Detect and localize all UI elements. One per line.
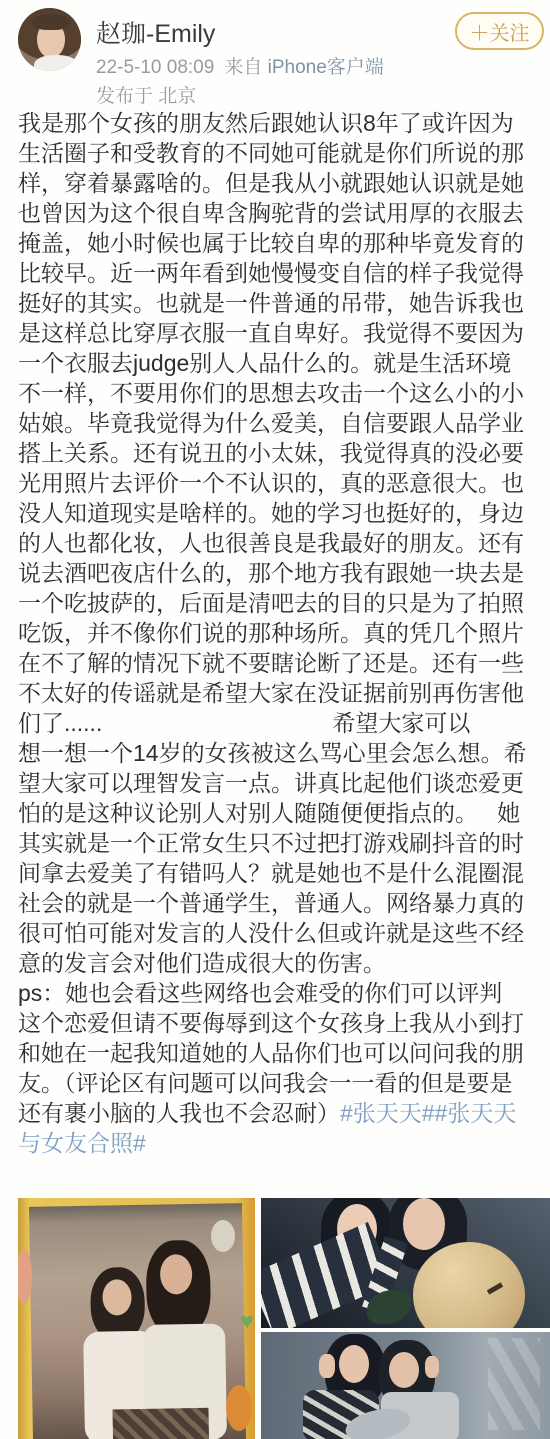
green-heart-doodle-icon: ♥ xyxy=(240,1310,254,1334)
weibo-post-page: 赵珈-Emily 22-5-10 08:09来自 iPhone客户端 发布于 北… xyxy=(0,0,550,1439)
post-text-content: 我是那个女孩的朋友然后跟她认识8年了或许因为 生活圈子和受教育的不同她可能就是你… xyxy=(18,110,527,1126)
avatar-bangs-shape xyxy=(32,14,70,30)
selfie2-girl2-face-shape xyxy=(389,1352,419,1388)
selfie2-girl1-peace-hand-shape xyxy=(319,1354,335,1378)
source-link[interactable]: iPhone客户端 xyxy=(268,57,384,78)
photo-childhood-two-girls[interactable]: ♥ xyxy=(18,1198,255,1439)
photo-grid: ♥ xyxy=(18,1198,550,1439)
follow-button[interactable]: ＋关注 xyxy=(455,12,544,50)
bunny-sticker-shape xyxy=(211,1220,235,1252)
selfie2-girl2-peace-hand-shape xyxy=(425,1356,439,1378)
user-avatar[interactable] xyxy=(18,8,81,71)
location-text: 发布于 北京 xyxy=(96,81,196,108)
plaid-skirt-shape xyxy=(112,1408,209,1439)
selfie2-girl1-face-shape xyxy=(339,1345,369,1383)
photo-selfie-balloon[interactable] xyxy=(261,1198,550,1328)
avatar-shirt-shape xyxy=(34,55,78,71)
photo-selfie-peace-signs[interactable] xyxy=(261,1332,550,1439)
wall-pattern-shape xyxy=(488,1338,540,1430)
dark-leaf-shape xyxy=(367,1290,411,1324)
post-body: 我是那个女孩的朋友然后跟她认识8年了或许因为 生活圈子和受教育的不同她可能就是你… xyxy=(18,108,532,1158)
source-label: 来自 xyxy=(224,57,262,78)
username[interactable]: 赵珈-Emily xyxy=(96,14,215,50)
post-header: 赵珈-Emily 22-5-10 08:09来自 iPhone客户端 发布于 北… xyxy=(0,0,550,108)
post-meta: 22-5-10 08:09来自 iPhone客户端 xyxy=(96,52,384,79)
timestamp: 22-5-10 08:09 xyxy=(96,57,214,78)
selfie1-girl2-face-shape xyxy=(403,1198,445,1250)
orange-doodle-shape xyxy=(226,1385,252,1431)
